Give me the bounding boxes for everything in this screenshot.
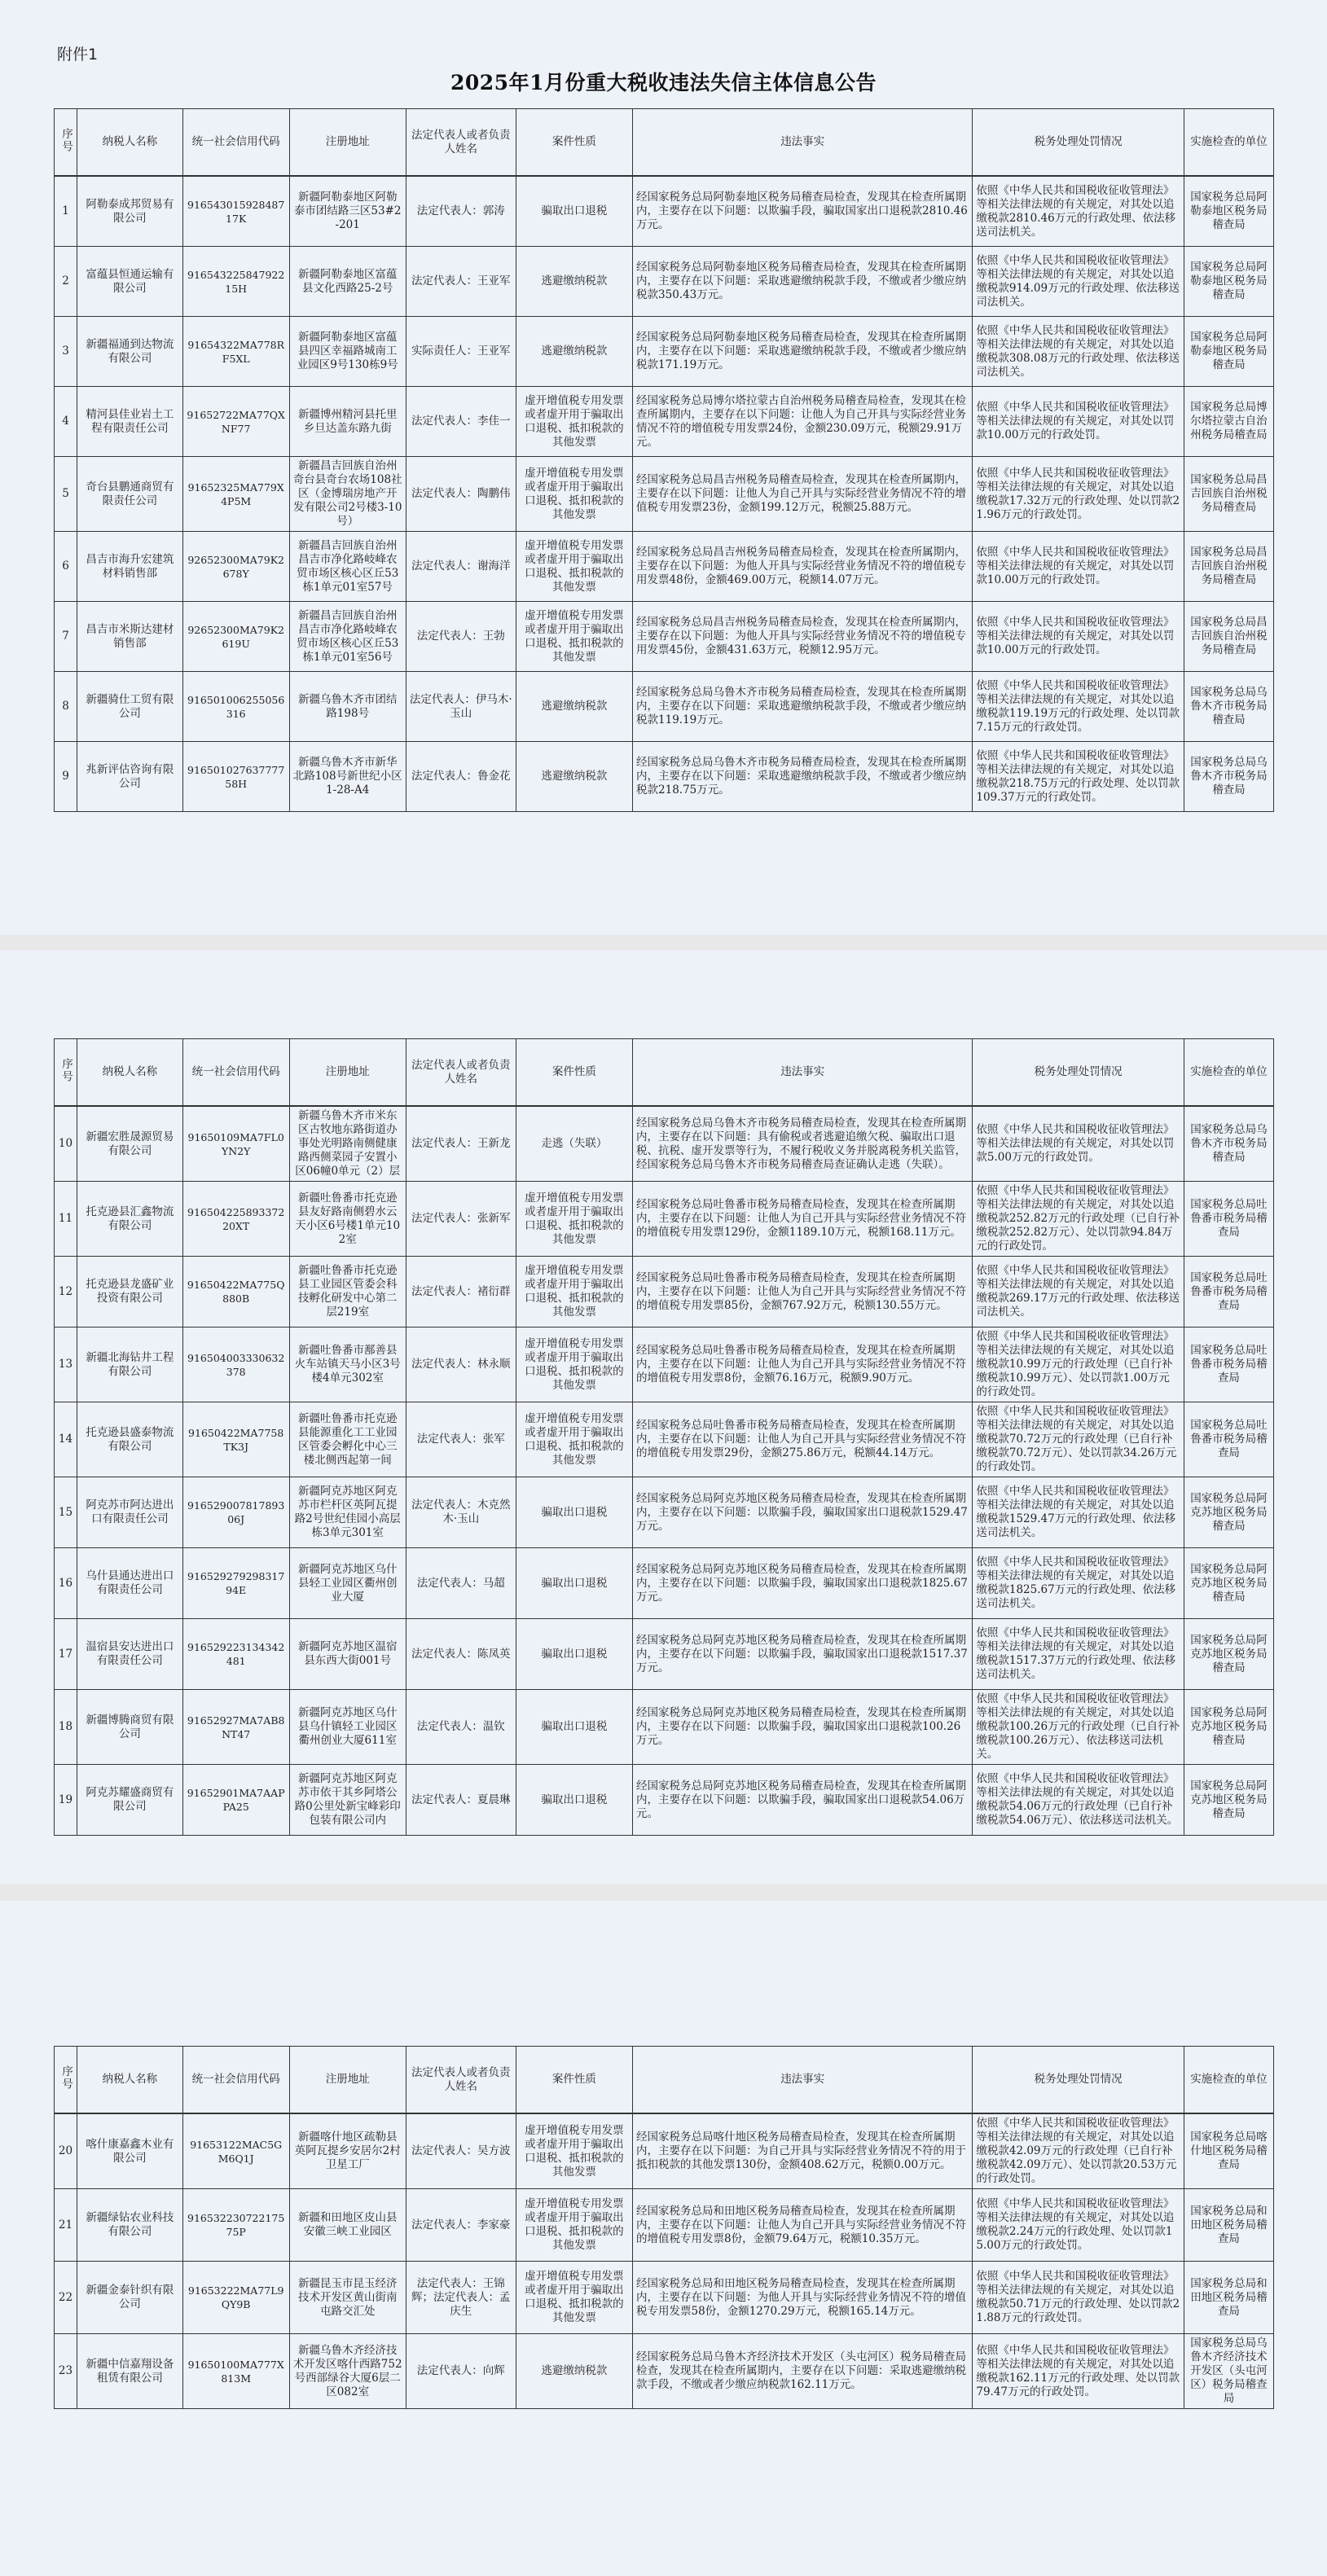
cell-inspection-agency: 国家税务总局阿克苏地区税务局稽查局: [1184, 1548, 1273, 1619]
table-row: 21新疆绿钻农业科技有限公司91653223072217575P新疆和田地区皮山…: [55, 2189, 1274, 2262]
table-header-row: 序号纳税人名称统一社会信用代码注册地址法定代表人或者负责人姓名案件性质违法事实税…: [55, 2047, 1274, 2114]
cell-inspection-agency: 国家税务总局阿克苏地区税务局稽查局: [1184, 1619, 1273, 1690]
cell-inspection-agency: 国家税务总局阿克苏地区税务局稽查局: [1184, 1765, 1273, 1836]
column-header-inspection-agency: 实施检查的单位: [1184, 1039, 1273, 1107]
cell-penalty-details: 依照《中华人民共和国税收征收管理法》等相关法律法规的有关规定，对其处以罚款10.…: [973, 602, 1184, 672]
cell-credit-code: 91652927929831794E: [182, 1548, 289, 1619]
cell-taxpayer-name: 昌吉市海升宏建筑材料销售部: [77, 532, 183, 602]
cell-legal-representative: 法定代表人：陈凤英: [406, 1619, 516, 1690]
cell-registered-address: 新疆昌吉回族自治州奇台县奇台农场108社区（金博瑞房地产开发有限公司2号楼3-1…: [289, 457, 406, 532]
cell-seq: 11: [55, 1182, 77, 1257]
cell-violation-facts: 经国家税务总局和田地区税务局稽查局检查，发现其在检查所属期内，主要存在以下问题：…: [633, 2189, 973, 2262]
cell-seq: 12: [55, 1257, 77, 1327]
cell-penalty-details: 依照《中华人民共和国税收征收管理法》等相关法律法规的有关规定，对其处以追缴税款1…: [973, 457, 1184, 532]
cell-seq: 14: [55, 1402, 77, 1477]
cell-legal-representative: 法定代表人：木克然木·玉山: [406, 1477, 516, 1548]
cell-inspection-agency: 国家税务总局吐鲁番市税务局稽查局: [1184, 1182, 1273, 1257]
cell-taxpayer-name: 富蕴县恒通运输有限公司: [77, 247, 183, 317]
column-header-registered-address: 注册地址: [289, 2047, 406, 2114]
cell-registered-address: 新疆喀什地区疏勒县英阿瓦提乡安居尔2村卫星工厂: [289, 2113, 406, 2189]
cell-legal-representative: 法定代表人：温钦: [406, 1690, 516, 1765]
column-header-taxpayer-name: 纳税人名称: [77, 2047, 183, 2114]
column-header-penalty-details: 税务处理处罚情况: [973, 109, 1184, 177]
cell-seq: 8: [55, 672, 77, 742]
cell-legal-representative: 法定代表人：郭涛: [406, 176, 516, 247]
cell-seq: 13: [55, 1327, 77, 1402]
table-row: 18新疆博腾商贸有限公司91652927MA7AB8NT47新疆阿克苏地区乌什县…: [55, 1690, 1274, 1765]
cell-case-nature: 虚开增值税专用发票或者虚开用于骗取出口退税、抵扣税款的其他发票: [516, 1182, 632, 1257]
cell-inspection-agency: 国家税务总局昌吉回族自治州税务局稽查局: [1184, 602, 1273, 672]
annex-label: 附件1: [57, 42, 98, 64]
column-header-seq: 序号: [55, 109, 77, 177]
cell-inspection-agency: 国家税务总局阿勒泰地区税务局稽查局: [1184, 247, 1273, 317]
violation-table-page-1: 序号纳税人名称统一社会信用代码注册地址法定代表人或者负责人姓名案件性质违法事实税…: [54, 108, 1274, 812]
table-row: 15阿克苏市阿达进出口有限责任公司91652900781789306J新疆阿克苏…: [55, 1477, 1274, 1548]
cell-violation-facts: 经国家税务总局吐鲁番市税务局稽查局检查，发现其在检查所属期内，主要存在以下问题：…: [633, 1257, 973, 1327]
column-header-taxpayer-name: 纳税人名称: [77, 1039, 183, 1107]
cell-case-nature: 骗取出口退税: [516, 1690, 632, 1765]
cell-penalty-details: 依照《中华人民共和国税收征收管理法》等相关法律法规的有关规定，对其处以追缴税款3…: [973, 317, 1184, 387]
cell-taxpayer-name: 温宿县安达进出口有限责任公司: [77, 1619, 183, 1690]
cell-registered-address: 新疆乌鲁木齐市米东区古牧地东路街道办事处光明路南侧健康路西侧菜园子安置小区06幢…: [289, 1106, 406, 1182]
cell-penalty-details: 依照《中华人民共和国税收征收管理法》等相关法律法规的有关规定，对其处以追缴税款2…: [973, 1257, 1184, 1327]
cell-penalty-details: 依照《中华人民共和国税收征收管理法》等相关法律法规的有关规定，对其处以追缴税款1…: [973, 1548, 1184, 1619]
cell-credit-code: 92652300MA79K2678Y: [182, 532, 289, 602]
cell-registered-address: 新疆吐鲁番市托克逊县友好路南侧碧水云天小区6号楼1单元102室: [289, 1182, 406, 1257]
cell-credit-code: 91650100MA777X813M: [182, 2334, 289, 2409]
column-header-label: 案件性质: [552, 2073, 596, 2086]
cell-case-nature: 骗取出口退税: [516, 1765, 632, 1836]
cell-taxpayer-name: 新疆博腾商贸有限公司: [77, 1690, 183, 1765]
document-page-2: 序号纳税人名称统一社会信用代码注册地址法定代表人或者负责人姓名案件性质违法事实税…: [0, 950, 1327, 1884]
column-header-registered-address: 注册地址: [289, 109, 406, 177]
cell-violation-facts: 经国家税务总局吐鲁番市税务局稽查局检查，发现其在检查所属期内，主要存在以下问题：…: [633, 1402, 973, 1477]
cell-seq: 1: [55, 176, 77, 247]
cell-inspection-agency: 国家税务总局乌鲁木齐市税务局稽查局: [1184, 1106, 1273, 1182]
cell-penalty-details: 依照《中华人民共和国税收征收管理法》等相关法律法规的有关规定，对其处以追缴税款9…: [973, 247, 1184, 317]
cell-penalty-details: 依照《中华人民共和国税收征收管理法》等相关法律法规的有关规定，对其处以追缴税款2…: [973, 176, 1184, 247]
table-header-row: 序号纳税人名称统一社会信用代码注册地址法定代表人或者负责人姓名案件性质违法事实税…: [55, 1039, 1274, 1107]
cell-penalty-details: 依照《中华人民共和国税收征收管理法》等相关法律法规的有关规定，对其处以追缴税款1…: [973, 1619, 1184, 1690]
cell-seq: 18: [55, 1690, 77, 1765]
cell-registered-address: 新疆昌吉回族自治州昌吉市净化路岐峰农贸市场区核心区丘53栋1单元01室56号: [289, 602, 406, 672]
cell-inspection-agency: 国家税务总局博尔塔拉蒙古自治州税务局稽查局: [1184, 387, 1273, 457]
cell-seq: 4: [55, 387, 77, 457]
table-row: 14托克逊县盛泰物流有限公司91650422MA7758TK3J新疆吐鲁番市托克…: [55, 1402, 1274, 1477]
cell-registered-address: 新疆博州精河县托里乡旦达盖东路九街: [289, 387, 406, 457]
cell-penalty-details: 依照《中华人民共和国税收征收管理法》等相关法律法规的有关规定，对其处以追缴税款5…: [973, 1765, 1184, 1836]
cell-case-nature: 虚开增值税专用发票或者虚开用于骗取出口退税、抵扣税款的其他发票: [516, 1257, 632, 1327]
cell-seq: 22: [55, 2262, 77, 2334]
column-header-case-nature: 案件性质: [516, 1039, 632, 1107]
column-header-penalty-details: 税务处理处罚情况: [973, 1039, 1184, 1107]
cell-seq: 2: [55, 247, 77, 317]
column-header-penalty-details: 税务处理处罚情况: [973, 2047, 1184, 2114]
cell-registered-address: 新疆阿勒泰地区富蕴县文化西路25-2号: [289, 247, 406, 317]
document-page-1: 附件1 2025年1月份重大税收违法失信主体信息公告 序号纳税人名称统一社会信用…: [0, 0, 1327, 935]
cell-inspection-agency: 国家税务总局乌鲁木齐经济技术开发区（头屯河区）税务局稽查局: [1184, 2334, 1273, 2409]
cell-inspection-agency: 国家税务总局吐鲁番市税务局稽查局: [1184, 1402, 1273, 1477]
cell-legal-representative: 法定代表人：马超: [406, 1548, 516, 1619]
cell-credit-code: 91653122MAC5GM6Q1J: [182, 2113, 289, 2189]
column-header-credit-code: 统一社会信用代码: [182, 109, 289, 177]
cell-case-nature: 逃避缴纳税款: [516, 317, 632, 387]
cell-violation-facts: 经国家税务总局吐鲁番市税务局稽查局检查，发现其在检查所属期内，主要存在以下问题：…: [633, 1182, 973, 1257]
violation-table-page-3: 序号纳税人名称统一社会信用代码注册地址法定代表人或者负责人姓名案件性质违法事实税…: [54, 2046, 1274, 2409]
cell-case-nature: 虚开增值税专用发票或者虚开用于骗取出口退税、抵扣税款的其他发票: [516, 2262, 632, 2334]
column-header-label: 违法事实: [780, 135, 824, 148]
cell-inspection-agency: 国家税务总局乌鲁木齐市税务局稽查局: [1184, 672, 1273, 742]
cell-inspection-agency: 国家税务总局昌吉回族自治州税务局稽查局: [1184, 532, 1273, 602]
cell-seq: 20: [55, 2113, 77, 2189]
table-row: 22新疆金泰针织有限公司91653222MA77L9QY9B新疆昆玉市昆玉经济技…: [55, 2262, 1274, 2334]
cell-credit-code: 92652300MA79K2619U: [182, 602, 289, 672]
cell-violation-facts: 经国家税务总局乌鲁木齐市税务局稽查局检查，发现其在检查所属期内，主要存在以下问题…: [633, 672, 973, 742]
column-header-label: 统一社会信用代码: [192, 2073, 280, 2086]
column-header-credit-code: 统一社会信用代码: [182, 1039, 289, 1107]
cell-seq: 23: [55, 2334, 77, 2409]
column-header-violation-facts: 违法事实: [633, 2047, 973, 2114]
column-header-label: 税务处理处罚情况: [1035, 2073, 1123, 2086]
cell-seq: 3: [55, 317, 77, 387]
cell-taxpayer-name: 奇台县鹏通商贸有限责任公司: [77, 457, 183, 532]
cell-penalty-details: 依照《中华人民共和国税收征收管理法》等相关法律法规的有关规定，对其处以追缴税款2…: [973, 1182, 1184, 1257]
cell-credit-code: 91650102763777758H: [182, 742, 289, 812]
cell-violation-facts: 经国家税务总局喀什地区税务局稽查局检查，发现其在检查所属期内，主要存在以下问题：…: [633, 2113, 973, 2189]
cell-taxpayer-name: 喀什康嘉鑫木业有限公司: [77, 2113, 183, 2189]
cell-case-nature: 骗取出口退税: [516, 1477, 632, 1548]
table-row: 1阿勒泰成邦贸易有限公司91654301592848717K新疆阿勒泰地区阿勒泰…: [55, 176, 1274, 247]
cell-case-nature: 虚开增值税专用发票或者虚开用于骗取出口退税、抵扣税款的其他发票: [516, 2113, 632, 2189]
cell-taxpayer-name: 昌吉市米斯达建材销售部: [77, 602, 183, 672]
cell-taxpayer-name: 阿勒泰成邦贸易有限公司: [77, 176, 183, 247]
cell-taxpayer-name: 新疆中信嘉翔设备租赁有限公司: [77, 2334, 183, 2409]
cell-credit-code: 916501006255056316: [182, 672, 289, 742]
document-page-3: 序号纳税人名称统一社会信用代码注册地址法定代表人或者负责人姓名案件性质违法事实税…: [0, 1901, 1327, 2576]
cell-registered-address: 新疆阿克苏地区阿克苏市栏杆区英阿瓦提路2号世纪佳园小高层栋3单元301室: [289, 1477, 406, 1548]
cell-violation-facts: 经国家税务总局和田地区税务局稽查局检查，发现其在检查所属期内，主要存在以下问题：…: [633, 2262, 973, 2334]
column-header-legal-representative: 法定代表人或者负责人姓名: [406, 2047, 516, 2114]
cell-credit-code: 91650422589337220XT: [182, 1182, 289, 1257]
cell-violation-facts: 经国家税务总局阿勒泰地区税务局稽查局检查，发现其在检查所属期内，主要存在以下问题…: [633, 247, 973, 317]
column-header-inspection-agency: 实施检查的单位: [1184, 2047, 1273, 2114]
cell-case-nature: 虚开增值税专用发票或者虚开用于骗取出口退税、抵扣税款的其他发票: [516, 457, 632, 532]
cell-legal-representative: 法定代表人：夏晨琳: [406, 1765, 516, 1836]
cell-violation-facts: 经国家税务总局阿克苏地区税务局稽查局检查，发现其在检查所属期内，主要存在以下问题…: [633, 1619, 973, 1690]
table-row: 4精河县佳业岩土工程有限责任公司91652722MA77QXNF77新疆博州精河…: [55, 387, 1274, 457]
table-row: 23新疆中信嘉翔设备租赁有限公司91650100MA777X813M新疆乌鲁木齐…: [55, 2334, 1274, 2409]
cell-case-nature: 虚开增值税专用发票或者虚开用于骗取出口退税、抵扣税款的其他发票: [516, 387, 632, 457]
cell-legal-representative: 法定代表人：鲁金花: [406, 742, 516, 812]
cell-taxpayer-name: 托克逊县盛泰物流有限公司: [77, 1402, 183, 1477]
cell-violation-facts: 经国家税务总局阿勒泰地区税务局稽查局检查，发现其在检查所属期内，主要存在以下问题…: [633, 317, 973, 387]
cell-violation-facts: 经国家税务总局乌鲁木齐经济技术开发区（头屯河区）税务局稽查局检查，发现其在检查所…: [633, 2334, 973, 2409]
cell-legal-representative: 法定代表人：褚衍群: [406, 1257, 516, 1327]
cell-registered-address: 新疆阿勒泰地区富蕴县四区幸福路城南工业园区9号130栋9号: [289, 317, 406, 387]
cell-penalty-details: 依照《中华人民共和国税收征收管理法》等相关法律法规的有关规定，对其处以罚款5.0…: [973, 1106, 1184, 1182]
cell-taxpayer-name: 托克逊县汇鑫物流有限公司: [77, 1182, 183, 1257]
cell-taxpayer-name: 阿克苏耀盛商贸有限公司: [77, 1765, 183, 1836]
cell-penalty-details: 依照《中华人民共和国税收征收管理法》等相关法律法规的有关规定，对其处以罚款10.…: [973, 387, 1184, 457]
cell-inspection-agency: 国家税务总局乌鲁木齐市税务局稽查局: [1184, 742, 1273, 812]
cell-case-nature: 逃避缴纳税款: [516, 247, 632, 317]
cell-inspection-agency: 国家税务总局喀什地区税务局稽查局: [1184, 2113, 1273, 2189]
cell-penalty-details: 依照《中华人民共和国税收征收管理法》等相关法律法规的有关规定，对其处以追缴税款1…: [973, 1477, 1184, 1548]
cell-registered-address: 新疆昆玉市昆玉经济技术开发区黄山街南屯路交汇处: [289, 2262, 406, 2334]
cell-registered-address: 新疆和田地区皮山县安徽三峡工业园区: [289, 2189, 406, 2262]
cell-seq: 15: [55, 1477, 77, 1548]
table-row: 20喀什康嘉鑫木业有限公司91653122MAC5GM6Q1J新疆喀什地区疏勒县…: [55, 2113, 1274, 2189]
column-header-label: 实施检查的单位: [1190, 135, 1268, 148]
column-header-label: 案件性质: [552, 135, 596, 148]
cell-case-nature: 虚开增值税专用发票或者虚开用于骗取出口退税、抵扣税款的其他发票: [516, 2189, 632, 2262]
cell-credit-code: 91654301592848717K: [182, 176, 289, 247]
column-header-label: 实施检查的单位: [1190, 1065, 1268, 1078]
table-row: 13新疆北海钻井工程有限公司916504003330632378新疆吐鲁番市鄯善…: [55, 1327, 1274, 1402]
table-row: 11托克逊县汇鑫物流有限公司91650422589337220XT新疆吐鲁番市托…: [55, 1182, 1274, 1257]
cell-violation-facts: 经国家税务总局阿勒泰地区税务局稽查局检查，发现其在检查所属期内，主要存在以下问题…: [633, 176, 973, 247]
cell-credit-code: 91654322MA778RF5XL: [182, 317, 289, 387]
column-header-violation-facts: 违法事实: [633, 1039, 973, 1107]
cell-penalty-details: 依照《中华人民共和国税收征收管理法》等相关法律法规的有关规定，对其处以追缴税款1…: [973, 2334, 1184, 2409]
cell-inspection-agency: 国家税务总局和田地区税务局稽查局: [1184, 2189, 1273, 2262]
column-header-label: 纳税人名称: [103, 1065, 158, 1078]
cell-penalty-details: 依照《中华人民共和国税收征收管理法》等相关法律法规的有关规定，对其处以追缴税款4…: [973, 2113, 1184, 2189]
cell-penalty-details: 依照《中华人民共和国税收征收管理法》等相关法律法规的有关规定，对其处以追缴税款2…: [973, 2189, 1184, 2262]
cell-taxpayer-name: 托克逊县龙盛矿业投资有限公司: [77, 1257, 183, 1327]
column-header-label: 注册地址: [326, 135, 370, 148]
table-row: 8新疆骑仕工贸有限公司916501006255056316新疆乌鲁木齐市团结路1…: [55, 672, 1274, 742]
cell-legal-representative: 法定代表人：王锦辉；法定代表人：孟庆生: [406, 2262, 516, 2334]
column-header-label: 统一社会信用代码: [192, 135, 280, 148]
cell-inspection-agency: 国家税务总局吐鲁番市税务局稽查局: [1184, 1257, 1273, 1327]
cell-violation-facts: 经国家税务总局博尔塔拉蒙古自治州税务局稽查局检查，发现其在检查所属期内，主要存在…: [633, 387, 973, 457]
cell-case-nature: 骗取出口退税: [516, 1548, 632, 1619]
column-header-label: 案件性质: [552, 1065, 596, 1078]
cell-inspection-agency: 国家税务总局阿勒泰地区税务局稽查局: [1184, 317, 1273, 387]
column-header-label: 序号: [59, 128, 73, 153]
cell-violation-facts: 经国家税务总局阿克苏地区税务局稽查局检查，发现其在检查所属期内，主要存在以下问题…: [633, 1690, 973, 1765]
cell-registered-address: 新疆吐鲁番市托克逊县工业园区管委会科技孵化研发中心第二层219室: [289, 1257, 406, 1327]
column-header-seq: 序号: [55, 1039, 77, 1107]
cell-penalty-details: 依照《中华人民共和国税收征收管理法》等相关法律法规的有关规定，对其处以追缴税款5…: [973, 2262, 1184, 2334]
cell-penalty-details: 依照《中华人民共和国税收征收管理法》等相关法律法规的有关规定，对其处以追缴税款1…: [973, 672, 1184, 742]
cell-registered-address: 新疆阿勒泰地区阿勒泰市团结路三区53#2-201: [289, 176, 406, 247]
cell-case-nature: 虚开增值税专用发票或者虚开用于骗取出口退税、抵扣税款的其他发票: [516, 602, 632, 672]
table-row: 10新疆宏胜晟源贸易有限公司91650109MA7FL0YN2Y新疆乌鲁木齐市米…: [55, 1106, 1274, 1182]
cell-case-nature: 虚开增值税专用发票或者虚开用于骗取出口退税、抵扣税款的其他发票: [516, 532, 632, 602]
column-header-label: 法定代表人或者负责人姓名: [411, 129, 511, 156]
cell-inspection-agency: 国家税务总局昌吉回族自治州税务局稽查局: [1184, 457, 1273, 532]
cell-seq: 7: [55, 602, 77, 672]
cell-registered-address: 新疆乌鲁木齐市团结路198号: [289, 672, 406, 742]
cell-taxpayer-name: 精河县佳业岩土工程有限责任公司: [77, 387, 183, 457]
cell-legal-representative: 法定代表人：王勃: [406, 602, 516, 672]
cell-seq: 19: [55, 1765, 77, 1836]
column-header-registered-address: 注册地址: [289, 1039, 406, 1107]
column-header-seq: 序号: [55, 2047, 77, 2114]
cell-violation-facts: 经国家税务总局阿克苏地区税务局稽查局检查，发现其在检查所属期内，主要存在以下问题…: [633, 1765, 973, 1836]
cell-registered-address: 新疆乌鲁木齐市新华北路108号新世纪小区1-28-A4: [289, 742, 406, 812]
cell-seq: 9: [55, 742, 77, 812]
cell-legal-representative: 法定代表人：张新军: [406, 1182, 516, 1257]
cell-taxpayer-name: 新疆金泰针织有限公司: [77, 2262, 183, 2334]
cell-taxpayer-name: 新疆骑仕工贸有限公司: [77, 672, 183, 742]
cell-credit-code: 91650109MA7FL0YN2Y: [182, 1106, 289, 1182]
cell-penalty-details: 依照《中华人民共和国税收征收管理法》等相关法律法规的有关规定，对其处以追缴税款7…: [973, 1402, 1184, 1477]
table-row: 7昌吉市米斯达建材销售部92652300MA79K2619U新疆昌吉回族自治州昌…: [55, 602, 1274, 672]
column-header-label: 序号: [59, 2065, 73, 2091]
table-row: 3新疆福通到达物流有限公司91654322MA778RF5XL新疆阿勒泰地区富蕴…: [55, 317, 1274, 387]
cell-penalty-details: 依照《中华人民共和国税收征收管理法》等相关法律法规的有关规定，对其处以追缴税款1…: [973, 1327, 1184, 1402]
column-header-violation-facts: 违法事实: [633, 109, 973, 177]
violation-table-page-2: 序号纳税人名称统一社会信用代码注册地址法定代表人或者负责人姓名案件性质违法事实税…: [54, 1038, 1274, 1836]
column-header-label: 序号: [59, 1058, 73, 1083]
cell-legal-representative: 实际责任人：王亚军: [406, 317, 516, 387]
cell-case-nature: 逃避缴纳税款: [516, 2334, 632, 2409]
cell-registered-address: 新疆阿克苏地区乌什县轻工业园区衢州创业大厦: [289, 1548, 406, 1619]
cell-case-nature: 逃避缴纳税款: [516, 742, 632, 812]
cell-credit-code: 91652325MA779X4P5M: [182, 457, 289, 532]
cell-case-nature: 虚开增值税专用发票或者虚开用于骗取出口退税、抵扣税款的其他发票: [516, 1402, 632, 1477]
cell-seq: 6: [55, 532, 77, 602]
table-row: 12托克逊县龙盛矿业投资有限公司91650422MA775Q880B新疆吐鲁番市…: [55, 1257, 1274, 1327]
cell-taxpayer-name: 乌什县通达进出口有限责任公司: [77, 1548, 183, 1619]
cell-credit-code: 91653223072217575P: [182, 2189, 289, 2262]
column-header-case-nature: 案件性质: [516, 109, 632, 177]
cell-violation-facts: 经国家税务总局乌鲁木齐市税务局稽查局检查，发现其在检查所属期内，主要存在以下问题…: [633, 742, 973, 812]
cell-taxpayer-name: 阿克苏市阿达进出口有限责任公司: [77, 1477, 183, 1548]
cell-penalty-details: 依照《中华人民共和国税收征收管理法》等相关法律法规的有关规定，对其处以罚款10.…: [973, 532, 1184, 602]
column-header-credit-code: 统一社会信用代码: [182, 2047, 289, 2114]
cell-taxpayer-name: 新疆福通到达物流有限公司: [77, 317, 183, 387]
cell-taxpayer-name: 新疆宏胜晟源贸易有限公司: [77, 1106, 183, 1182]
cell-credit-code: 91650422MA7758TK3J: [182, 1402, 289, 1477]
cell-legal-representative: 法定代表人：谢海洋: [406, 532, 516, 602]
cell-violation-facts: 经国家税务总局阿克苏地区税务局稽查局检查，发现其在检查所属期内，主要存在以下问题…: [633, 1548, 973, 1619]
column-header-label: 注册地址: [326, 1065, 370, 1078]
column-header-case-nature: 案件性质: [516, 2047, 632, 2114]
cell-legal-representative: 法定代表人：王亚军: [406, 247, 516, 317]
column-header-legal-representative: 法定代表人或者负责人姓名: [406, 1039, 516, 1107]
table-row: 5奇台县鹏通商贸有限责任公司91652325MA779X4P5M新疆昌吉回族自治…: [55, 457, 1274, 532]
cell-legal-representative: 法定代表人：王新龙: [406, 1106, 516, 1182]
cell-registered-address: 新疆吐鲁番市鄯善县火车站镇天马小区3号楼4单元302室: [289, 1327, 406, 1402]
cell-legal-representative: 法定代表人：林永顺: [406, 1327, 516, 1402]
column-header-taxpayer-name: 纳税人名称: [77, 109, 183, 177]
cell-seq: 16: [55, 1548, 77, 1619]
column-header-label: 注册地址: [326, 2073, 370, 2086]
cell-registered-address: 新疆乌鲁木齐经济技术开发区喀什西路752号西部绿谷大厦6层二区082室: [289, 2334, 406, 2409]
cell-taxpayer-name: 新疆北海钻井工程有限公司: [77, 1327, 183, 1402]
cell-credit-code: 91652927MA7AB8NT47: [182, 1690, 289, 1765]
cell-credit-code: 916504003330632378: [182, 1327, 289, 1402]
table-header-row: 序号纳税人名称统一社会信用代码注册地址法定代表人或者负责人姓名案件性质违法事实税…: [55, 109, 1274, 177]
cell-penalty-details: 依照《中华人民共和国税收征收管理法》等相关法律法规的有关规定，对其处以追缴税款1…: [973, 1690, 1184, 1765]
table-row: 19阿克苏耀盛商贸有限公司91652901MA7AAPPA25新疆阿克苏地区阿克…: [55, 1765, 1274, 1836]
cell-credit-code: 91653222MA77L9QY9B: [182, 2262, 289, 2334]
cell-inspection-agency: 国家税务总局阿克苏地区税务局稽查局: [1184, 1477, 1273, 1548]
cell-inspection-agency: 国家税务总局和田地区税务局稽查局: [1184, 2262, 1273, 2334]
column-header-label: 实施检查的单位: [1190, 2073, 1268, 2086]
cell-taxpayer-name: 新疆绿钻农业科技有限公司: [77, 2189, 183, 2262]
cell-seq: 21: [55, 2189, 77, 2262]
cell-inspection-agency: 国家税务总局吐鲁番市税务局稽查局: [1184, 1327, 1273, 1402]
cell-legal-representative: 法定代表人：李佳一: [406, 387, 516, 457]
column-header-label: 纳税人名称: [103, 2073, 158, 2086]
cell-violation-facts: 经国家税务总局吐鲁番市税务局稽查局检查，发现其在检查所属期内，主要存在以下问题：…: [633, 1327, 973, 1402]
cell-violation-facts: 经国家税务总局昌吉州税务局稽查局检查，发现其在检查所属期内，主要存在以下问题：为…: [633, 532, 973, 602]
cell-case-nature: 虚开增值税专用发票或者虚开用于骗取出口退税、抵扣税款的其他发票: [516, 1327, 632, 1402]
column-header-label: 统一社会信用代码: [192, 1065, 280, 1078]
cell-seq: 17: [55, 1619, 77, 1690]
table-row: 17温宿县安达进出口有限责任公司916529223134342481新疆阿克苏地…: [55, 1619, 1274, 1690]
cell-registered-address: 新疆阿克苏地区温宿县东西大街001号: [289, 1619, 406, 1690]
column-header-label: 违法事实: [780, 2073, 824, 2086]
column-header-label: 违法事实: [780, 1065, 824, 1078]
cell-seq: 5: [55, 457, 77, 532]
cell-credit-code: 91652901MA7AAPPA25: [182, 1765, 289, 1836]
cell-credit-code: 91652722MA77QXNF77: [182, 387, 289, 457]
cell-case-nature: 骗取出口退税: [516, 176, 632, 247]
cell-case-nature: 走逃（失联）: [516, 1106, 632, 1182]
cell-legal-representative: 法定代表人：张军: [406, 1402, 516, 1477]
cell-legal-representative: 法定代表人：向辉: [406, 2334, 516, 2409]
column-header-label: 法定代表人或者负责人姓名: [411, 2066, 511, 2093]
cell-registered-address: 新疆昌吉回族自治州昌吉市净化路岐峰农贸市场区核心区丘53栋1单元01室57号: [289, 532, 406, 602]
cell-legal-representative: 法定代表人：陶鹏伟: [406, 457, 516, 532]
table-row: 16乌什县通达进出口有限责任公司91652927929831794E新疆阿克苏地…: [55, 1548, 1274, 1619]
cell-legal-representative: 法定代表人：伊马木·玉山: [406, 672, 516, 742]
cell-violation-facts: 经国家税务总局乌鲁木齐市税务局稽查局检查，发现其在检查所属期内，主要存在以下问题…: [633, 1106, 973, 1182]
cell-registered-address: 新疆阿克苏地区阿克苏市依干其乡阿塔公路0公里处新宝峰彩印包装有限公司内: [289, 1765, 406, 1836]
cell-legal-representative: 法定代表人：李家豪: [406, 2189, 516, 2262]
column-header-label: 税务处理处罚情况: [1035, 135, 1123, 148]
cell-legal-representative: 法定代表人：吴方波: [406, 2113, 516, 2189]
cell-inspection-agency: 国家税务总局阿勒泰地区税务局稽查局: [1184, 176, 1273, 247]
column-header-label: 税务处理处罚情况: [1035, 1065, 1123, 1078]
table-row: 2富蕴县恒通运输有限公司91654322584792215H新疆阿勒泰地区富蕴县…: [55, 247, 1274, 317]
cell-taxpayer-name: 兆新评估咨询有限公司: [77, 742, 183, 812]
cell-credit-code: 91654322584792215H: [182, 247, 289, 317]
cell-registered-address: 新疆阿克苏地区乌什县乌什镇轻工业园区衢州创业大厦611室: [289, 1690, 406, 1765]
table-row: 6昌吉市海升宏建筑材料销售部92652300MA79K2678Y新疆昌吉回族自治…: [55, 532, 1274, 602]
cell-violation-facts: 经国家税务总局昌吉州税务局稽查局检查，发现其在检查所属期内，主要存在以下问题：为…: [633, 602, 973, 672]
column-header-label: 法定代表人或者负责人姓名: [411, 1059, 511, 1086]
column-header-label: 纳税人名称: [103, 135, 158, 148]
cell-case-nature: 逃避缴纳税款: [516, 672, 632, 742]
cell-violation-facts: 经国家税务总局昌吉州税务局稽查局检查，发现其在检查所属期内，主要存在以下问题：让…: [633, 457, 973, 532]
column-header-legal-representative: 法定代表人或者负责人姓名: [406, 109, 516, 177]
cell-registered-address: 新疆吐鲁番市托克逊县能源重化工工业园区管委会孵化中心三楼北侧西起第一间: [289, 1402, 406, 1477]
cell-penalty-details: 依照《中华人民共和国税收征收管理法》等相关法律法规的有关规定，对其处以追缴税款2…: [973, 742, 1184, 812]
cell-credit-code: 916529223134342481: [182, 1619, 289, 1690]
table-row: 9兆新评估咨询有限公司91650102763777758H新疆乌鲁木齐市新华北路…: [55, 742, 1274, 812]
cell-case-nature: 骗取出口退税: [516, 1619, 632, 1690]
document-title: 2025年1月份重大税收违法失信主体信息公告: [0, 67, 1327, 96]
cell-violation-facts: 经国家税务总局阿克苏地区税务局稽查局检查，发现其在检查所属期内，主要存在以下问题…: [633, 1477, 973, 1548]
cell-credit-code: 91652900781789306J: [182, 1477, 289, 1548]
cell-seq: 10: [55, 1106, 77, 1182]
cell-credit-code: 91650422MA775Q880B: [182, 1257, 289, 1327]
column-header-inspection-agency: 实施检查的单位: [1184, 109, 1273, 177]
cell-inspection-agency: 国家税务总局阿克苏地区税务局稽查局: [1184, 1690, 1273, 1765]
